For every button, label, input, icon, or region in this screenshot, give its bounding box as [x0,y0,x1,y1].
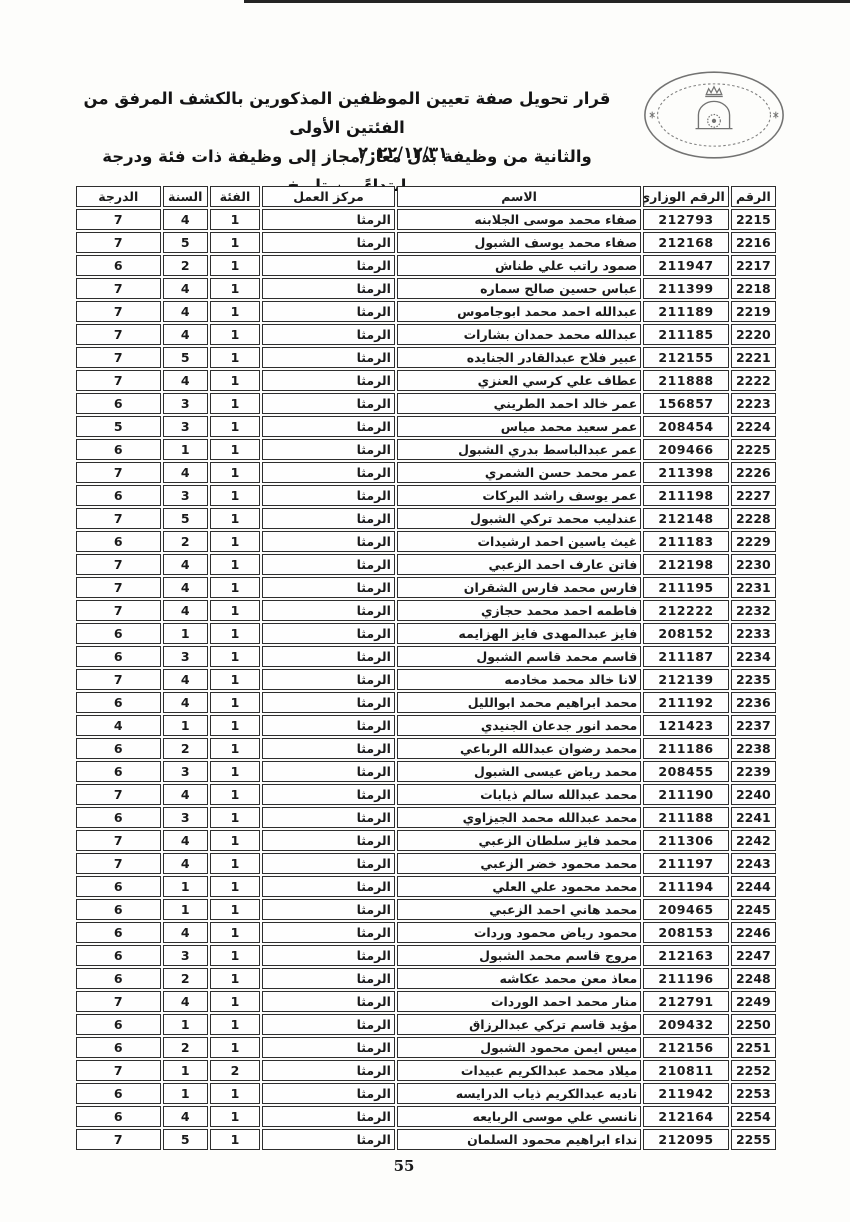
cell-ministry-number: 209432 [643,1014,728,1035]
cell-ministry-number: 211398 [643,462,728,483]
cell-grade: 7 [76,462,161,483]
cell-ministry-number: 211399 [643,278,728,299]
cell-grade: 6 [76,761,161,782]
table-row: 2231211195فارس محمد فارس الشقرانالرمثا14… [76,577,776,598]
cell-ministry-number: 208455 [643,761,728,782]
cell-name: محمد رضوان عبدالله الرباعي [397,738,641,759]
cell-category: 1 [210,301,260,322]
cell-work-center: الرمثا [262,945,395,966]
col-header-category: الفئة [210,186,260,207]
cell-ministry-number: 212793 [643,209,728,230]
cell-category: 1 [210,830,260,851]
cell-year: 3 [163,945,208,966]
cell-work-center: الرمثا [262,991,395,1012]
cell-year: 1 [163,623,208,644]
table-row: 2239208455محمد رياض عيسى الشبولالرمثا136 [76,761,776,782]
table-row: 2243211197محمد محمود خضر الزعبيالرمثا147 [76,853,776,874]
cell-name: عمر محمد حسن الشمري [397,462,641,483]
cell-year: 2 [163,738,208,759]
cell-year: 4 [163,830,208,851]
cell-name: محمد محمود علي العلي [397,876,641,897]
cell-name: ميلاد محمد عبدالكريم عبيدات [397,1060,641,1081]
cell-grade: 6 [76,646,161,667]
cell-ministry-number: 212156 [643,1037,728,1058]
cell-name: محمد عبدالله سالم ذيابات [397,784,641,805]
cell-ministry-number: 211190 [643,784,728,805]
cell-year: 4 [163,692,208,713]
cell-work-center: الرمثا [262,554,395,575]
cell-ministry-number: 212163 [643,945,728,966]
cell-year: 4 [163,669,208,690]
cell-name: محمود رياض محمود وردات [397,922,641,943]
cell-year: 3 [163,393,208,414]
table-row: 2215212793صفاء محمد موسى الجلابنهالرمثا1… [76,209,776,230]
cell-category: 1 [210,669,260,690]
cell-year: 4 [163,922,208,943]
cell-name: صفاء محمد موسى الجلابنه [397,209,641,230]
table-row: 2229211183غيث ياسين احمد ارشيداتالرمثا12… [76,531,776,552]
cell-work-center: الرمثا [262,738,395,759]
cell-year: 4 [163,301,208,322]
table-row: 2224208454عمر سعيد محمد مياسالرمثا135 [76,416,776,437]
table-row: 2219211189عبدالله احمد محمد ابوجاموسالرم… [76,301,776,322]
cell-name: مؤيد قاسم تركي عبدالرزاق [397,1014,641,1035]
cell-year: 2 [163,968,208,989]
table-row: 2241211188محمد عبدالله محمد الجيزاويالرم… [76,807,776,828]
cell-work-center: الرمثا [262,232,395,253]
table-row: 2234211187قاسم محمد قاسم الشبولالرمثا136 [76,646,776,667]
col-header-year: السنة [163,186,208,207]
cell-category: 1 [210,784,260,805]
cell-name: فارس محمد فارس الشقران [397,577,641,598]
cell-name: قاسم محمد قاسم الشبول [397,646,641,667]
cell-name: فاطمه احمد محمد حجازي [397,600,641,621]
table-row: 2227211198عمر يوسف راشد البركاتالرمثا136 [76,485,776,506]
cell-serial-number: 2238 [731,738,776,759]
cell-category: 1 [210,600,260,621]
cell-category: 1 [210,807,260,828]
cell-ministry-number: 211306 [643,830,728,851]
table-row: 2222211888عطاف علي كرسي العنزيالرمثا147 [76,370,776,391]
cell-serial-number: 2224 [731,416,776,437]
cell-category: 1 [210,255,260,276]
table-row: 2236211192محمد ابراهيم محمد ابوالليلالرم… [76,692,776,713]
table-row: 2230212198فاتن عارف احمد الزعبيالرمثا147 [76,554,776,575]
cell-grade: 7 [76,278,161,299]
cell-ministry-number: 208152 [643,623,728,644]
cell-grade: 6 [76,945,161,966]
cell-category: 1 [210,554,260,575]
cell-name: نداء ابراهيم محمود السلمان [397,1129,641,1150]
cell-name: عمر خالد احمد الطريني [397,393,641,414]
cell-ministry-number: 211183 [643,531,728,552]
cell-grade: 6 [76,876,161,897]
cell-work-center: الرمثا [262,301,395,322]
cell-serial-number: 2217 [731,255,776,276]
cell-serial-number: 2241 [731,807,776,828]
cell-category: 1 [210,968,260,989]
cell-name: ميس ايمن محمود الشبول [397,1037,641,1058]
cell-category: 1 [210,232,260,253]
cell-serial-number: 2242 [731,830,776,851]
cell-year: 4 [163,853,208,874]
cell-year: 3 [163,416,208,437]
cell-serial-number: 2243 [731,853,776,874]
cell-ministry-number: 212168 [643,232,728,253]
cell-ministry-number: 211192 [643,692,728,713]
cell-category: 1 [210,416,260,437]
cell-category: 1 [210,991,260,1012]
cell-year: 2 [163,255,208,276]
page-number: 55 [378,1157,430,1175]
document-title: قرار تحويل صفة تعيين الموظفين المذكورين … [82,84,612,200]
cell-work-center: الرمثا [262,715,395,736]
cell-year: 3 [163,485,208,506]
cell-grade: 6 [76,899,161,920]
table-row: 2244211194محمد محمود علي العليالرمثا116 [76,876,776,897]
cell-serial-number: 2234 [731,646,776,667]
cell-grade: 7 [76,209,161,230]
cell-work-center: الرمثا [262,853,395,874]
cell-serial-number: 2220 [731,324,776,345]
cell-name: محمد هاني احمد الزعبي [397,899,641,920]
cell-year: 5 [163,508,208,529]
table-row: 2225209466عمر عبدالباسط بدري الشبولالرمث… [76,439,776,460]
cell-name: محمد ابراهيم محمد ابوالليل [397,692,641,713]
cell-grade: 6 [76,1014,161,1035]
cell-serial-number: 2227 [731,485,776,506]
cell-name: عمر عبدالباسط بدري الشبول [397,439,641,460]
cell-work-center: الرمثا [262,692,395,713]
cell-ministry-number: 212095 [643,1129,728,1150]
cell-year: 2 [163,1037,208,1058]
cell-work-center: الرمثا [262,968,395,989]
cell-work-center: الرمثا [262,209,395,230]
cell-category: 1 [210,324,260,345]
cell-serial-number: 2235 [731,669,776,690]
cell-grade: 7 [76,991,161,1012]
cell-work-center: الرمثا [262,1037,395,1058]
cell-serial-number: 2228 [731,508,776,529]
cell-name: محمد عبدالله محمد الجيزاوي [397,807,641,828]
cell-category: 1 [210,715,260,736]
cell-grade: 6 [76,393,161,414]
cell-serial-number: 2218 [731,278,776,299]
cell-ministry-number: 211185 [643,324,728,345]
cell-ministry-number: 209466 [643,439,728,460]
cell-name: عمر سعيد محمد مياس [397,416,641,437]
cell-year: 5 [163,347,208,368]
cell-work-center: الرمثا [262,899,395,920]
cell-serial-number: 2246 [731,922,776,943]
table-row: 2221212155عبير فلاح عبدالقادر الجنايدهال… [76,347,776,368]
table-row: 2240211190محمد عبدالله سالم ذياباتالرمثا… [76,784,776,805]
table-row: 2249212791منار محمد احمد الورداتالرمثا14… [76,991,776,1012]
cell-grade: 6 [76,1106,161,1127]
cell-work-center: الرمثا [262,600,395,621]
cell-year: 4 [163,370,208,391]
cell-ministry-number: 212155 [643,347,728,368]
cell-name: عبدالله محمد حمدان بشارات [397,324,641,345]
cell-category: 1 [210,508,260,529]
cell-name: غيث ياسين احمد ارشيدات [397,531,641,552]
cell-work-center: الرمثا [262,531,395,552]
cell-ministry-number: 211189 [643,301,728,322]
cell-work-center: الرمثا [262,1083,395,1104]
cell-ministry-number: 208153 [643,922,728,943]
cell-grade: 6 [76,738,161,759]
cell-grade: 7 [76,370,161,391]
cell-name: لانا خالد محمد مخادمه [397,669,641,690]
cell-grade: 7 [76,347,161,368]
cell-work-center: الرمثا [262,784,395,805]
cell-grade: 6 [76,1083,161,1104]
cell-ministry-number: 212791 [643,991,728,1012]
cell-name: محمد رياض عيسى الشبول [397,761,641,782]
cell-work-center: الرمثا [262,669,395,690]
table-row: 2218211399عباس حسين صالح سمارهالرمثا147 [76,278,776,299]
cell-grade: 7 [76,784,161,805]
cell-work-center: الرمثا [262,485,395,506]
cell-ministry-number: 211196 [643,968,728,989]
title-line-1: قرار تحويل صفة تعيين الموظفين المذكورين … [82,84,612,142]
cell-category: 1 [210,439,260,460]
cell-category: 1 [210,577,260,598]
cell-category: 1 [210,485,260,506]
cell-grade: 6 [76,439,161,460]
cell-work-center: الرمثا [262,324,395,345]
col-header-grade: الدرجة [76,186,161,207]
cell-ministry-number: 209465 [643,899,728,920]
cell-serial-number: 2231 [731,577,776,598]
cell-ministry-number: 211942 [643,1083,728,1104]
cell-grade: 6 [76,485,161,506]
cell-serial-number: 2230 [731,554,776,575]
cell-grade: 6 [76,623,161,644]
cell-grade: 7 [76,554,161,575]
cell-serial-number: 2221 [731,347,776,368]
cell-work-center: الرمثا [262,830,395,851]
table-row: 2235212139لانا خالد محمد مخادمهالرمثا147 [76,669,776,690]
cell-serial-number: 2216 [731,232,776,253]
cell-grade: 6 [76,255,161,276]
cell-category: 1 [210,738,260,759]
table-row: 2233208152فايز عبدالمهدى فايز الهزايمهال… [76,623,776,644]
table-row: 2238211186محمد رضوان عبدالله الرباعيالرم… [76,738,776,759]
cell-year: 4 [163,784,208,805]
cell-ministry-number: 211186 [643,738,728,759]
scanned-document-page: { "doc": { "title_line1": "قرار تحويل صف… [0,0,850,1222]
cell-serial-number: 2222 [731,370,776,391]
cell-serial-number: 2225 [731,439,776,460]
cell-name: عباس حسين صالح سماره [397,278,641,299]
cell-category: 2 [210,1060,260,1081]
cell-serial-number: 2226 [731,462,776,483]
cell-category: 1 [210,1129,260,1150]
cell-name: فاتن عارف احمد الزعبي [397,554,641,575]
cell-serial-number: 2215 [731,209,776,230]
cell-year: 1 [163,899,208,920]
cell-work-center: الرمثا [262,922,395,943]
cell-year: 4 [163,600,208,621]
cell-serial-number: 2237 [731,715,776,736]
cell-grade: 7 [76,508,161,529]
cell-year: 1 [163,1060,208,1081]
cell-ministry-number: 212222 [643,600,728,621]
cell-category: 1 [210,761,260,782]
cell-year: 4 [163,209,208,230]
table-header-row: الرقمالرقم الوزاريالاسممركز العملالفئةال… [76,186,776,207]
cell-year: 3 [163,761,208,782]
cell-year: 4 [163,278,208,299]
cell-grade: 7 [76,830,161,851]
cell-year: 1 [163,715,208,736]
table-row: 2253211942ناديه عبدالكريم ذياب الدرايسها… [76,1083,776,1104]
cell-name: عبير فلاح عبدالقادر الجنايده [397,347,641,368]
cell-serial-number: 2252 [731,1060,776,1081]
cell-category: 1 [210,1083,260,1104]
cell-category: 1 [210,876,260,897]
cell-ministry-number: 212198 [643,554,728,575]
cell-name: معاذ معن محمد عكاشه [397,968,641,989]
cell-category: 1 [210,692,260,713]
table-row: 2242211306محمد فايز سلطان الزعبيالرمثا14… [76,830,776,851]
cell-category: 1 [210,462,260,483]
cell-work-center: الرمثا [262,255,395,276]
cell-category: 1 [210,945,260,966]
cell-work-center: الرمثا [262,508,395,529]
cell-work-center: الرمثا [262,1106,395,1127]
cell-name: محمد محمود خضر الزعبي [397,853,641,874]
cell-year: 3 [163,807,208,828]
cell-serial-number: 2239 [731,761,776,782]
cell-serial-number: 2247 [731,945,776,966]
cell-ministry-number: 210811 [643,1060,728,1081]
cell-category: 1 [210,853,260,874]
col-header-serial: الرقم [731,186,776,207]
cell-ministry-number: 211197 [643,853,728,874]
cell-ministry-number: 211187 [643,646,728,667]
cell-serial-number: 2250 [731,1014,776,1035]
cell-year: 4 [163,991,208,1012]
cell-work-center: الرمثا [262,807,395,828]
cell-grade: 7 [76,1060,161,1081]
cell-category: 1 [210,209,260,230]
cell-name: عندليب محمد تركي الشبول [397,508,641,529]
cell-serial-number: 2253 [731,1083,776,1104]
cell-grade: 6 [76,968,161,989]
cell-name: محمد فايز سلطان الزعبي [397,830,641,851]
cell-year: 1 [163,876,208,897]
cell-name: فايز عبدالمهدى فايز الهزايمه [397,623,641,644]
cell-grade: 7 [76,669,161,690]
cell-name: عبدالله احمد محمد ابوجاموس [397,301,641,322]
table-row: 2245209465محمد هاني احمد الزعبيالرمثا116 [76,899,776,920]
cell-ministry-number: 156857 [643,393,728,414]
cell-name: منار محمد احمد الوردات [397,991,641,1012]
cell-name: صفاء محمد يوسف الشبول [397,232,641,253]
cell-grade: 7 [76,853,161,874]
col-header-ministry-number: الرقم الوزاري [643,186,728,207]
cell-category: 1 [210,393,260,414]
cell-serial-number: 2219 [731,301,776,322]
cell-serial-number: 2233 [731,623,776,644]
table-row: 2251212156ميس ايمن محمود الشبولالرمثا126 [76,1037,776,1058]
cell-year: 1 [163,1083,208,1104]
cell-serial-number: 2244 [731,876,776,897]
cell-ministry-number: 212148 [643,508,728,529]
cell-ministry-number: 208454 [643,416,728,437]
cell-category: 1 [210,1106,260,1127]
table-row: 2250209432مؤيد قاسم تركي عبدالرزاقالرمثا… [76,1014,776,1035]
cell-serial-number: 2240 [731,784,776,805]
cell-work-center: الرمثا [262,370,395,391]
table-row: 2232212222فاطمه احمد محمد حجازيالرمثا147 [76,600,776,621]
cell-ministry-number: 211195 [643,577,728,598]
table-row: 2223156857عمر خالد احمد الطرينيالرمثا136 [76,393,776,414]
cell-grade: 6 [76,922,161,943]
cell-name: ناديه عبدالكريم ذياب الدرايسه [397,1083,641,1104]
cell-serial-number: 2248 [731,968,776,989]
table-row: 2216212168صفاء محمد يوسف الشبولالرمثا157 [76,232,776,253]
table-row: 2252210811ميلاد محمد عبدالكريم عبيداتالر… [76,1060,776,1081]
cell-category: 1 [210,531,260,552]
col-header-work-center: مركز العمل [262,186,395,207]
cell-serial-number: 2232 [731,600,776,621]
cell-ministry-number: 211198 [643,485,728,506]
cell-name: محمد انور جدعان الجنيدي [397,715,641,736]
table-row: 2217211947صمود راتب علي طناشالرمثا126 [76,255,776,276]
ministry-seal-logo [641,68,787,162]
cell-ministry-number: 212139 [643,669,728,690]
cell-work-center: الرمثا [262,876,395,897]
cell-year: 5 [163,1129,208,1150]
effective-date: ٢٠٢٢/١٢/٣١ [318,143,488,162]
cell-year: 4 [163,577,208,598]
cell-serial-number: 2229 [731,531,776,552]
table-row: 2246208153محمود رياض محمود ورداتالرمثا14… [76,922,776,943]
cell-category: 1 [210,1037,260,1058]
cell-grade: 6 [76,531,161,552]
cell-name: عمر يوسف راشد البركات [397,485,641,506]
cell-year: 5 [163,232,208,253]
cell-work-center: الرمثا [262,1129,395,1150]
cell-ministry-number: 211947 [643,255,728,276]
cell-name: مروج قاسم محمد الشبول [397,945,641,966]
table-row: 2248211196معاذ معن محمد عكاشهالرمثا126 [76,968,776,989]
table-row: 2228212148عندليب محمد تركي الشبولالرمثا1… [76,508,776,529]
cell-grade: 7 [76,232,161,253]
cell-serial-number: 2223 [731,393,776,414]
col-header-name: الاسم [397,186,641,207]
cell-work-center: الرمثا [262,439,395,460]
cell-category: 1 [210,347,260,368]
cell-category: 1 [210,278,260,299]
cell-category: 1 [210,623,260,644]
cell-serial-number: 2236 [731,692,776,713]
cell-work-center: الرمثا [262,347,395,368]
cell-grade: 7 [76,301,161,322]
cell-grade: 7 [76,600,161,621]
cell-year: 4 [163,554,208,575]
cell-work-center: الرمثا [262,646,395,667]
cell-name: نانسي علي موسى الربايعه [397,1106,641,1127]
scan-edge-artifact [244,0,850,3]
cell-year: 4 [163,324,208,345]
cell-grade: 7 [76,1129,161,1150]
table-body: 2215212793صفاء محمد موسى الجلابنهالرمثا1… [76,209,776,1150]
table-row: 2247212163مروج قاسم محمد الشبولالرمثا136 [76,945,776,966]
